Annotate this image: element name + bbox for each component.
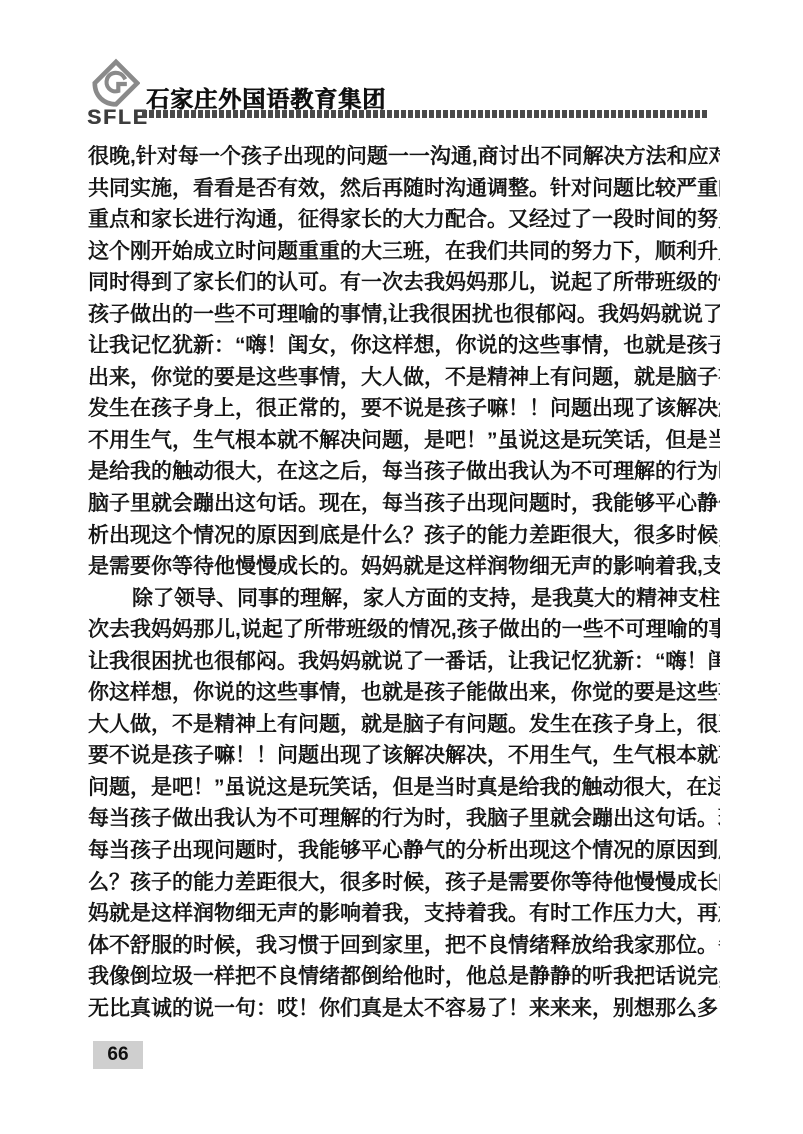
document-page: SFLE 石家庄外国语教育集团 很晚,针对每一个孩子出现的问题一一沟通,商讨出不… xyxy=(0,0,803,1134)
text-line: 这个刚开始成立时问题重重的大三班，在我们共同的努力下，顺利升人小学， xyxy=(88,236,720,268)
text-line: 出来，你觉的要是这些事情，大人做，不是精神上有问题，就是脑子有问题。 xyxy=(88,362,720,394)
text-line: 我像倒垃圾一样把不良情绪都倒给他时，他总是静静的听我把话说完，然后 xyxy=(88,961,720,993)
text-line: 要不说是孩子嘛！！问题出现了该解决解决，不用生气，生气根本就不解决 xyxy=(88,740,720,772)
text-line: 重点和家长进行沟通，征得家长的大力配合。又经过了一段时间的努力，终于， xyxy=(88,204,720,236)
text-line: 让我记忆犹新：“嗨！闺女，你这样想，你说的这些事情，也就是孩子能做 xyxy=(88,330,720,362)
text-line-paragraph-start: 除了领导、同事的理解，家人方面的支持，是我莫大的精神支柱。有一 xyxy=(88,583,720,615)
text-line: 脑子里就会蹦出这句话。现在，每当孩子出现问题时，我能够平心静气的分 xyxy=(88,488,720,520)
logo-text: SFLE xyxy=(87,106,149,130)
text-line: 无比真诚的说一句：哎！你们真是太不容易了！来来来，别想那么多了，咱 xyxy=(88,993,720,1025)
text-line: 你这样想，你说的这些事情，也就是孩子能做出来，你觉的要是这些事情， xyxy=(88,677,720,709)
text-line: 同时得到了家长们的认可。有一次去我妈妈那儿，说起了所带班级的情况， xyxy=(88,267,720,299)
text-line: 让我很困扰也很郁闷。我妈妈就说了一番话，让我记忆犹新：“嗨！闺女， xyxy=(88,646,720,678)
text-line: 每当孩子做出我认为不可理解的行为时，我脑子里就会蹦出这句话。现在， xyxy=(88,803,720,835)
text-line: 不用生气，生气根本就不解决问题，是吧！”虽说这是玩笑话，但是当时真 xyxy=(88,425,720,457)
text-line: 每当孩子出现问题时，我能够平心静气的分析出现这个情况的原因到底是什 xyxy=(88,835,720,867)
text-line: 体不舒服的时候，我习惯于回到家里，把不良情绪释放给我家那位。每次当 xyxy=(88,930,720,962)
text-line: 妈就是这样润物细无声的影响着我，支持着我。有时工作压力大，再加上身 xyxy=(88,898,720,930)
text-line: 析出现这个情况的原因到底是什么？孩子的能力差距很大，很多时候，孩子 xyxy=(88,520,720,552)
text-line: 孩子做出的一些不可理喻的事情,让我很困扰也很郁闷。我妈妈就说了一番话， xyxy=(88,299,720,331)
dotted-rule-divider xyxy=(142,110,708,118)
text-line: 共同实施，看看是否有效，然后再随时沟通调整。针对问题比较严重的孩子， xyxy=(88,173,720,205)
text-line: 很晚,针对每一个孩子出现的问题一一沟通,商讨出不同解决方法和应对措施, xyxy=(88,141,720,173)
text-line: 么？孩子的能力差距很大，很多时候，孩子是需要你等待他慢慢成长的。妈 xyxy=(88,867,720,899)
text-line: 是给我的触动很大，在这之后，每当孩子做出我认为不可理解的行为时，我 xyxy=(88,456,720,488)
text-line: 大人做，不是精神上有问题，就是脑子有问题。发生在孩子身上，很正常的， xyxy=(88,709,720,741)
page-number: 66 xyxy=(93,1041,143,1069)
text-line: 问题，是吧！”虽说这是玩笑话，但是当时真是给我的触动很大，在这之后， xyxy=(88,772,720,804)
text-line: 发生在孩子身上，很正常的，要不说是孩子嘛！！问题出现了该解决解决， xyxy=(88,393,720,425)
text-line: 次去我妈妈那儿,说起了所带班级的情况,孩子做出的一些不可理喻的事情， xyxy=(88,614,720,646)
text-line: 是需要你等待他慢慢成长的。妈妈就是这样润物细无声的影响着我,支持着我。 xyxy=(88,551,720,583)
body-text: 很晚,针对每一个孩子出现的问题一一沟通,商讨出不同解决方法和应对措施, 共同实施… xyxy=(88,141,720,1024)
